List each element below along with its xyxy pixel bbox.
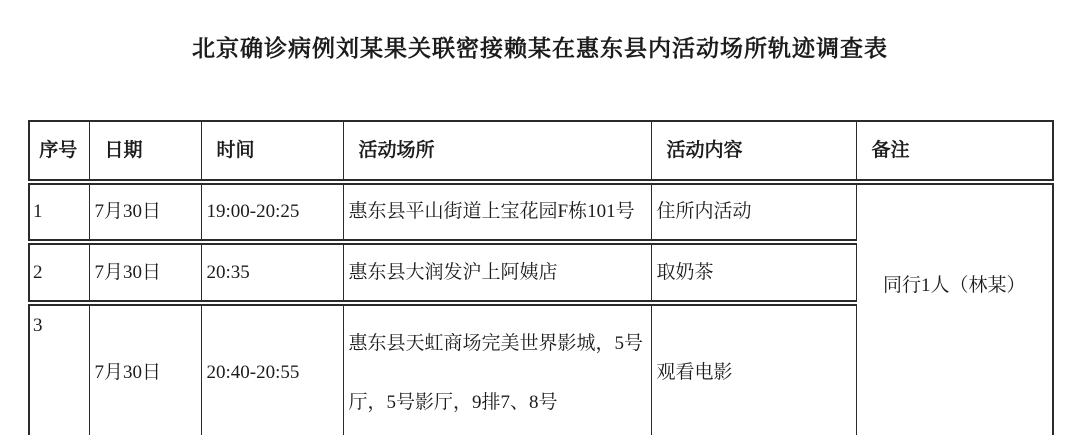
cell-time-1: 19:00-20:25 bbox=[201, 182, 343, 242]
col-header-place: 活动场所 bbox=[343, 121, 651, 182]
cell-place-2: 惠东县大润发沪上阿姨店 bbox=[343, 242, 651, 303]
col-header-date: 日期 bbox=[89, 121, 201, 182]
page-title: 北京确诊病例刘某果关联密接赖某在惠东县内活动场所轨迹调查表 bbox=[0, 30, 1080, 63]
cell-place-1: 惠东县平山街道上宝花园F栋101号 bbox=[343, 182, 651, 242]
cell-place-3: 惠东县天虹商场完美世界影城，5号厅，5号影厅，9排7、8号 bbox=[343, 303, 651, 435]
col-header-seq: 序号 bbox=[29, 121, 89, 182]
cell-seq-2: 2 bbox=[29, 242, 89, 303]
table-body: 1 7月30日 19:00-20:25 惠东县平山街道上宝花园F栋101号 住所… bbox=[29, 182, 1053, 435]
cell-activity-3: 观看电影 bbox=[651, 303, 856, 435]
cell-remark-merged: 同行1人（林某） bbox=[856, 182, 1053, 435]
document: 北京确诊病例刘某果关联密接赖某在惠东县内活动场所轨迹调查表 序号 日期 时间 活… bbox=[0, 0, 1080, 435]
cell-activity-1: 住所内活动 bbox=[651, 182, 856, 242]
cell-seq-1: 1 bbox=[29, 182, 89, 242]
cell-time-2: 20:35 bbox=[201, 242, 343, 303]
cell-seq-3: 3 bbox=[29, 303, 89, 435]
table-header: 序号 日期 时间 活动场所 活动内容 备注 bbox=[29, 121, 1053, 182]
col-header-time: 时间 bbox=[201, 121, 343, 182]
header-row: 序号 日期 时间 活动场所 活动内容 备注 bbox=[29, 121, 1053, 182]
cell-activity-2: 取奶茶 bbox=[651, 242, 856, 303]
table-row-1: 1 7月30日 19:00-20:25 惠东县平山街道上宝花园F栋101号 住所… bbox=[29, 182, 1053, 242]
cell-date-1: 7月30日 bbox=[89, 182, 201, 242]
trajectory-table: 序号 日期 时间 活动场所 活动内容 备注 1 7月30日 19:00-20:2… bbox=[28, 120, 1054, 435]
cell-time-3: 20:40-20:55 bbox=[201, 303, 343, 435]
col-header-remark: 备注 bbox=[856, 121, 1053, 182]
cell-date-3: 7月30日 bbox=[89, 303, 201, 435]
cell-date-2: 7月30日 bbox=[89, 242, 201, 303]
col-header-activity: 活动内容 bbox=[651, 121, 856, 182]
